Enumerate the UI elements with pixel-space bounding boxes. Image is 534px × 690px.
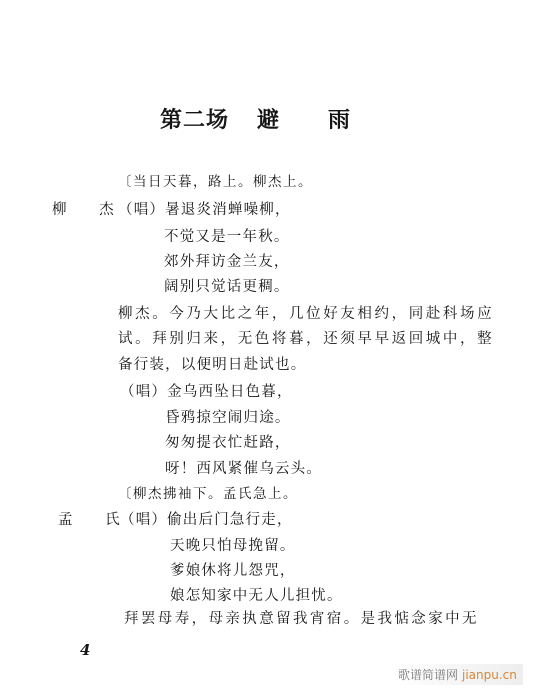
sung-line: （唱）暑退炎消蝉噪柳，: [118, 198, 291, 219]
verse-line: 呀！西风紧催乌云头。: [165, 457, 322, 478]
verse-line: 匆匆提衣忙赶路，: [165, 431, 291, 452]
prose-line: 拜罢母寿，母亲执意留我宵宿。是我惦念家中无: [124, 607, 479, 628]
stage-direction: 〔柳杰拂袖下。孟氏急上。: [118, 482, 298, 502]
verse-line: 娘怎知家中无人儿担忧。: [170, 584, 343, 605]
sung-line: （唱）金乌西坠日色暮，: [120, 380, 293, 401]
prose-line: 备行装，以便明日赴试也。: [118, 353, 306, 374]
scene-title-word-1: 避: [257, 108, 280, 133]
document-page: 第二场避雨 〔当日天暮，路上。柳杰上。 柳 杰 （唱）暑退炎消蝉噪柳， 不觉又是…: [0, 0, 534, 690]
scene-title-word-2: 雨: [328, 108, 351, 133]
stage-direction: 〔当日天暮，路上。柳杰上。: [118, 170, 313, 190]
verse-line: 天晚只怕母挽留。: [170, 534, 296, 555]
scene-title: 第二场避雨: [160, 103, 351, 134]
verse-line: 昏鸦掠空闹归途。: [165, 406, 291, 427]
verse-line: 不觉又是一年秋。: [164, 225, 290, 246]
sung-line: （唱）偷出后门急行走，: [120, 508, 293, 529]
page-number: 4: [80, 641, 90, 659]
prose-line: 试。拜别归来，无色将暮，还须早早返回城中，整: [118, 327, 494, 348]
watermark: 歌谱简谱网jianpu.cn: [392, 664, 523, 685]
verse-line: 郊外拜访金兰友，: [164, 250, 290, 271]
prose-line: 柳杰。今乃大比之年，几位好友相约，同赴科场应: [118, 302, 494, 323]
speaker-label: 柳 杰: [52, 198, 128, 219]
scene-number: 第二场: [160, 108, 229, 133]
verse-line: 爹娘休将儿怨咒，: [170, 559, 296, 580]
verse-line: 阔别只觉话更稠。: [164, 275, 290, 296]
watermark-site-name: 歌谱简谱网: [398, 668, 458, 682]
watermark-url: jianpu.cn: [462, 668, 517, 682]
